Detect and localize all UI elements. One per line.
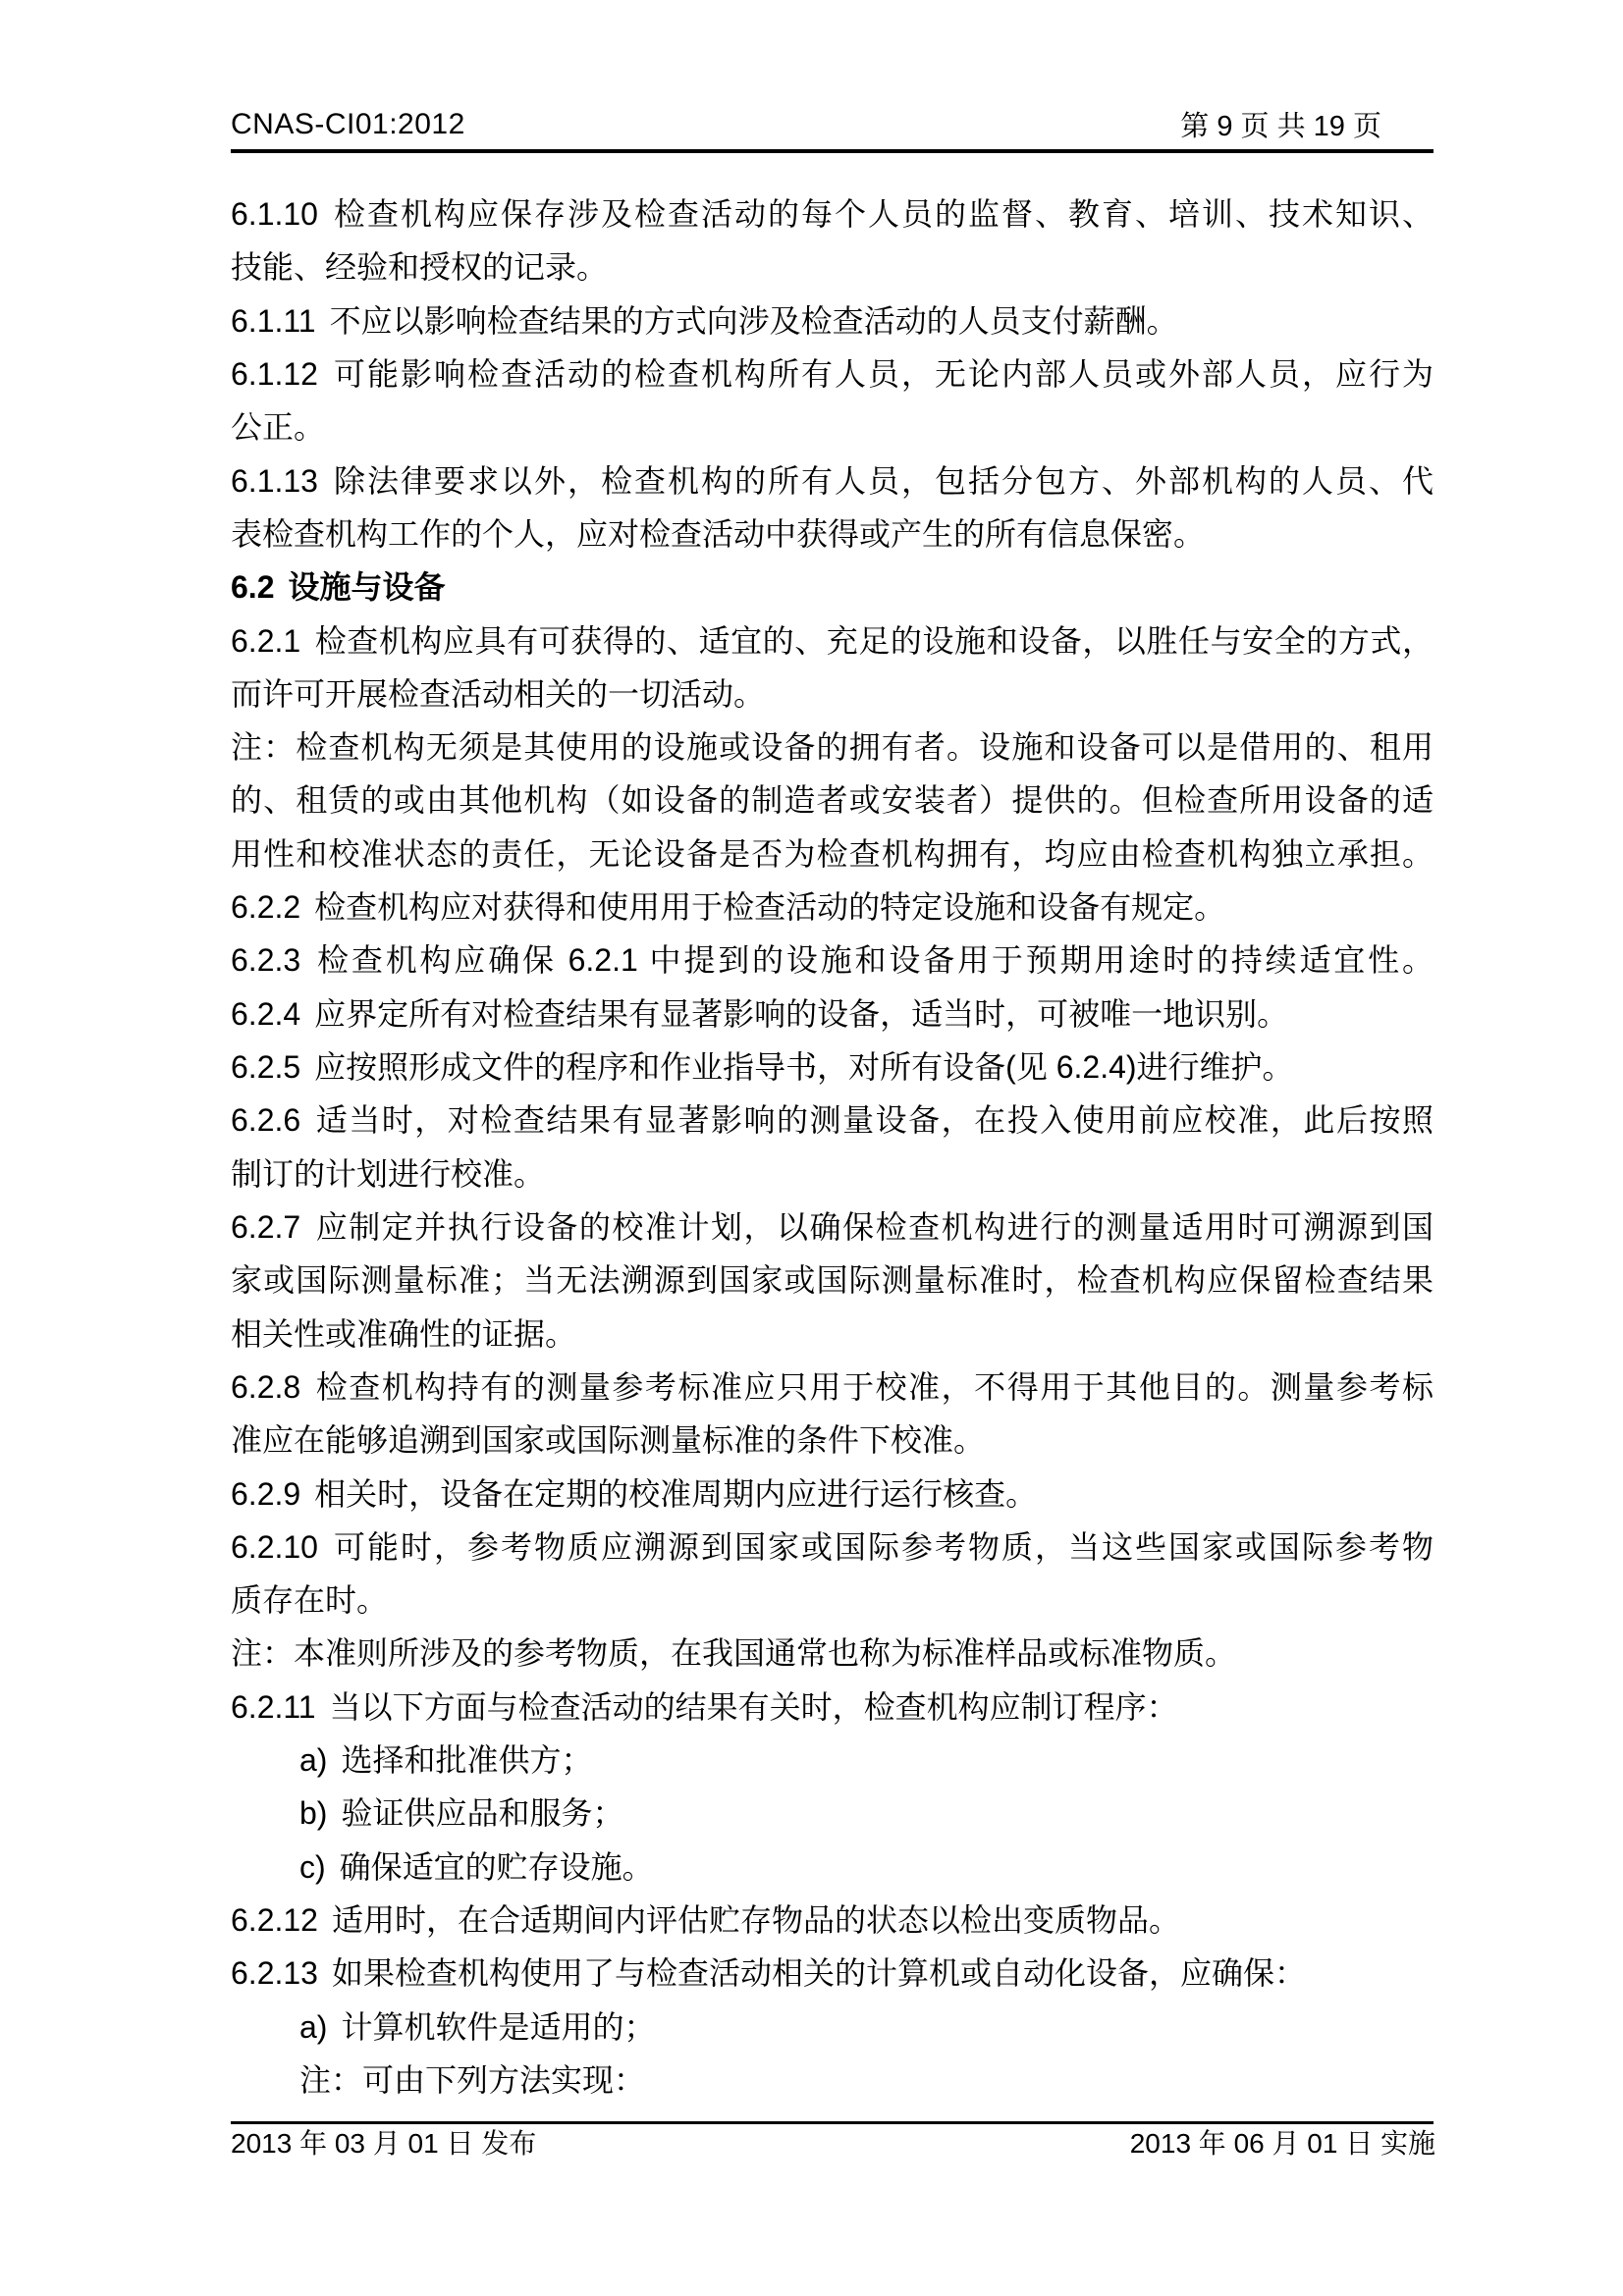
footer: 2013 年 03 月 01 日 发布 2013 年 06 月 01 日 实施	[231, 2127, 1435, 2161]
section-number: 6.2.1	[231, 623, 300, 659]
implement-date: 2013 年 06 月 01 日 实施	[1130, 2127, 1435, 2161]
section-number: 6.2.9	[231, 1476, 300, 1512]
text-line: 6.2.10可能时，参考物质应溯源到国家或国际参考物质，当这些国家或国际参考物	[231, 1521, 1434, 1574]
line-text: 检查机构应对获得和使用用于检查活动的特定设施和设备有规定。	[314, 889, 1225, 925]
line-text: 家或国际测量标准；当无法溯源到国家或国际测量标准时，检查机构应保留检查结果	[231, 1262, 1434, 1298]
text-line: 相关性或准确性的证据。	[231, 1308, 1434, 1361]
text-line: c)确保适宜的贮存设施。	[231, 1841, 1434, 1894]
doc-id: CNAS-CI01:2012	[231, 108, 465, 141]
section-number: 6.2.5	[231, 1049, 300, 1085]
section-number: 6.1.10	[231, 196, 318, 232]
section-number: 6.2.7	[231, 1209, 300, 1245]
text-line: 注：检查机构无须是其使用的设施或设备的拥有者。设施和设备可以是借用的、租用	[231, 721, 1434, 774]
text-line: a)计算机软件是适用的；	[231, 2001, 1434, 2054]
section-number: c)	[299, 1849, 326, 1885]
current-page-number: 9	[1217, 111, 1232, 142]
line-text: 相关性或准确性的证据。	[231, 1316, 576, 1352]
text-line: 6.2.3检查机构应确保 6.2.1 中提到的设施和设备用于预期用途时的持续适宜…	[231, 934, 1434, 987]
section-number: b)	[299, 1795, 327, 1831]
section-number: 6.2.2	[231, 889, 300, 925]
line-text: 不应以影响检查结果的方式向涉及检查活动的人员支付薪酬。	[330, 303, 1178, 339]
text-line: 注：本准则所涉及的参考物质，在我国通常也称为标准样品或标准物质。	[231, 1627, 1434, 1680]
page-indicator-prefix: 第	[1180, 111, 1217, 142]
text-line: b)验证供应品和服务；	[231, 1787, 1434, 1840]
line-text: 检查机构应具有可获得的、适宜的、充足的设施和设备，以胜任与安全的方式，	[314, 623, 1434, 659]
text-line: 6.2.7应制定并执行设备的校准计划，以确保检查机构进行的测量适用时可溯源到国	[231, 1201, 1434, 1254]
text-line: 6.2.9相关时，设备在定期的校准周期内应进行运行核查。	[231, 1468, 1434, 1521]
text-line: 表检查机构工作的个人，应对检查活动中获得或产生的所有信息保密。	[231, 507, 1434, 561]
text-line: 6.1.12可能影响检查活动的检查机构所有人员，无论内部人员或外部人员，应行为	[231, 347, 1434, 400]
line-text: 可能时，参考物质应溯源到国家或国际参考物质，当这些国家或国际参考物	[332, 1529, 1434, 1565]
line-text: 注：检查机构无须是其使用的设施或设备的拥有者。设施和设备可以是借用的、租用	[231, 729, 1434, 765]
text-line: 6.2.6适当时，对检查结果有显著影响的测量设备，在投入使用前应校准，此后按照	[231, 1094, 1434, 1147]
text-line: 6.2.4应界定所有对检查结果有显著影响的设备，适当时，可被唯一地识别。	[231, 988, 1434, 1041]
text-line: 6.1.10检查机构应保存涉及检查活动的每个人员的监督、教育、培训、技术知识、	[231, 187, 1434, 240]
section-number: 6.2.4	[231, 996, 300, 1032]
page-indicator-middle: 页 共	[1233, 111, 1314, 142]
page-indicator: 第 9 页 共 19 页	[1180, 110, 1381, 143]
line-text: 质存在时。	[231, 1582, 388, 1618]
line-text: 制订的计划进行校准。	[231, 1156, 545, 1192]
line-text: 选择和批准供方；	[341, 1742, 592, 1778]
line-text: 可能影响检查活动的检查机构所有人员，无论内部人员或外部人员，应行为	[332, 356, 1434, 392]
section-number: 6.2.6	[231, 1102, 300, 1138]
line-text: 适用时，在合适期间内评估贮存物品的状态以检出变质物品。	[332, 1902, 1180, 1938]
document-page: CNAS-CI01:2012 第 9 页 共 19 页 6.1.10检查机构应保…	[0, 0, 1623, 2296]
text-line: 6.1.13除法律要求以外，检查机构的所有人员，包括分包方、外部机构的人员、代	[231, 454, 1434, 507]
text-line: 而许可开展检查活动相关的一切活动。	[231, 667, 1434, 721]
section-number: 6.1.13	[231, 463, 318, 499]
section-number: 6.2.10	[231, 1529, 318, 1565]
text-line: 6.2.1检查机构应具有可获得的、适宜的、充足的设施和设备，以胜任与安全的方式，	[231, 614, 1434, 667]
section-number: a)	[299, 1742, 327, 1778]
text-line: 质存在时。	[231, 1574, 1434, 1627]
section-heading: 6.2设施与设备	[231, 561, 1434, 614]
header-rule	[231, 149, 1434, 153]
line-text: 用性和校准状态的责任，无论设备是否为检查机构拥有，均应由检查机构独立承担。	[231, 836, 1434, 872]
line-text: 设施与设备	[288, 569, 445, 605]
section-number: 6.1.12	[231, 356, 318, 392]
line-text: 检查机构应确保 6.2.1 中提到的设施和设备用于预期用途时的持续适宜性。	[314, 942, 1434, 978]
text-line: 技能、经验和授权的记录。	[231, 240, 1434, 294]
text-line: 6.2.2检查机构应对获得和使用用于检查活动的特定设施和设备有规定。	[231, 881, 1434, 934]
text-line: 家或国际测量标准；当无法溯源到国家或国际测量标准时，检查机构应保留检查结果	[231, 1254, 1434, 1307]
line-text: 注：本准则所涉及的参考物质，在我国通常也称为标准样品或标准物质。	[231, 1635, 1236, 1671]
section-number: 6.2.12	[231, 1902, 318, 1938]
section-number: 6.2	[231, 569, 274, 605]
line-text: 准应在能够追溯到国家或国际测量标准的条件下校准。	[231, 1422, 985, 1458]
section-number: 6.1.11	[231, 303, 316, 339]
text-line: 6.2.12适用时，在合适期间内评估贮存物品的状态以检出变质物品。	[231, 1894, 1434, 1947]
total-page-number: 19	[1314, 111, 1345, 142]
text-line: 公正。	[231, 400, 1434, 454]
line-text: 检查机构应保存涉及检查活动的每个人员的监督、教育、培训、技术知识、	[332, 196, 1434, 232]
line-text: 公正。	[231, 409, 325, 445]
text-line: 的、租赁的或由其他机构（如设备的制造者或安装者）提供的。但检查所用设备的适	[231, 774, 1434, 827]
section-number: 6.2.11	[231, 1689, 316, 1725]
line-text: 适当时，对检查结果有显著影响的测量设备，在投入使用前应校准，此后按照	[314, 1102, 1434, 1138]
line-text: 应界定所有对检查结果有显著影响的设备，适当时，可被唯一地识别。	[314, 996, 1288, 1032]
section-number: 6.2.8	[231, 1369, 300, 1405]
line-text: 除法律要求以外，检查机构的所有人员，包括分包方、外部机构的人员、代	[332, 463, 1434, 499]
text-line: 用性和校准状态的责任，无论设备是否为检查机构拥有，均应由检查机构独立承担。	[231, 828, 1434, 881]
line-text: 表检查机构工作的个人，应对检查活动中获得或产生的所有信息保密。	[231, 516, 1205, 552]
section-number: 6.2.3	[231, 942, 300, 978]
line-text: 当以下方面与检查活动的结果有关时，检查机构应制订程序：	[330, 1689, 1178, 1725]
line-text: 技能、经验和授权的记录。	[231, 249, 608, 285]
section-number: a)	[299, 2009, 327, 2045]
text-line: 6.1.11不应以影响检查结果的方式向涉及检查活动的人员支付薪酬。	[231, 294, 1434, 347]
line-text: 注：可由下列方法实现：	[299, 2062, 645, 2098]
line-text: 验证供应品和服务；	[341, 1795, 623, 1831]
section-number: 6.2.13	[231, 1955, 318, 1991]
line-text: 而许可开展检查活动相关的一切活动。	[231, 676, 765, 712]
release-date: 2013 年 03 月 01 日 发布	[231, 2127, 536, 2161]
text-line: a)选择和批准供方；	[231, 1734, 1434, 1787]
text-line: 6.2.8检查机构持有的测量参考标准应只用于校准，不得用于其他目的。测量参考标	[231, 1361, 1434, 1414]
text-line: 6.2.11当以下方面与检查活动的结果有关时，检查机构应制订程序：	[231, 1681, 1434, 1734]
content: 6.1.10检查机构应保存涉及检查活动的每个人员的监督、教育、培训、技术知识、技…	[231, 187, 1434, 2107]
line-text: 检查机构持有的测量参考标准应只用于校准，不得用于其他目的。测量参考标	[314, 1369, 1434, 1405]
text-line: 6.2.13如果检查机构使用了与检查活动相关的计算机或自动化设备，应确保：	[231, 1947, 1434, 2000]
line-text: 确保适宜的贮存设施。	[340, 1849, 654, 1885]
text-line: 准应在能够追溯到国家或国际测量标准的条件下校准。	[231, 1414, 1434, 1467]
footer-rule	[231, 2121, 1434, 2124]
page-indicator-suffix: 页	[1345, 111, 1381, 142]
text-line: 6.2.5应按照形成文件的程序和作业指导书，对所有设备(见 6.2.4)进行维护…	[231, 1041, 1434, 1094]
text-line: 制订的计划进行校准。	[231, 1148, 1434, 1201]
line-text: 计算机软件是适用的；	[341, 2009, 655, 2045]
line-text: 相关时，设备在定期的校准周期内应进行运行核查。	[314, 1476, 1037, 1512]
line-text: 应制定并执行设备的校准计划，以确保检查机构进行的测量适用时可溯源到国	[314, 1209, 1434, 1245]
text-line: 注：可由下列方法实现：	[231, 2054, 1434, 2107]
line-text: 应按照形成文件的程序和作业指导书，对所有设备(见 6.2.4)进行维护。	[314, 1049, 1293, 1085]
line-text: 如果检查机构使用了与检查活动相关的计算机或自动化设备，应确保：	[332, 1955, 1306, 1991]
line-text: 的、租赁的或由其他机构（如设备的制造者或安装者）提供的。但检查所用设备的适	[231, 782, 1434, 818]
